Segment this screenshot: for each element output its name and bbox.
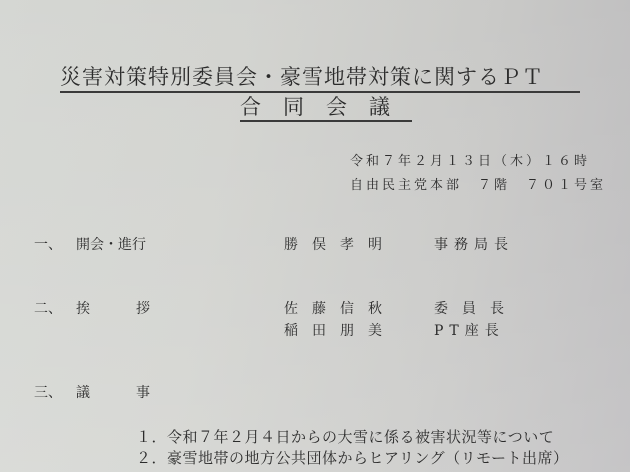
section-3-number: 三、 [34,382,62,402]
section-2-person-2-role: PT座長 [434,320,505,340]
section-1-number: 一、 [34,234,62,254]
section-2-person-2-name: 稲田朋美 [284,320,396,340]
meeting-date: 令和７年２月１３日（木）１６時 [350,150,590,169]
section-1-person-role: 事務局長 [434,234,514,254]
meeting-place: 自由民主党本部 ７階 ７０１号室 [350,174,606,193]
document-title: 災害対策特別委員会・豪雪地帯対策に関するＰＴ [60,64,580,93]
agenda-item-1: １．令和７年２月４日からの大雪に係る被害状況等について [136,426,554,447]
section-1-person-name: 勝俣孝明 [284,234,396,254]
section-3-heading: 議 事 [76,382,156,402]
document-subtitle: 合同会議 [240,94,412,122]
section-2-person-1-role: 委員長 [434,298,518,318]
section-2-heading: 挨 拶 [76,298,156,318]
section-2-number: 二、 [34,298,62,318]
section-2-person-1-name: 佐藤信秋 [284,298,396,318]
section-1-heading: 開会・進行 [76,234,146,254]
agenda-item-2: ２．豪雪地帯の地方公共団体からヒアリング（リモート出席） [136,447,569,468]
